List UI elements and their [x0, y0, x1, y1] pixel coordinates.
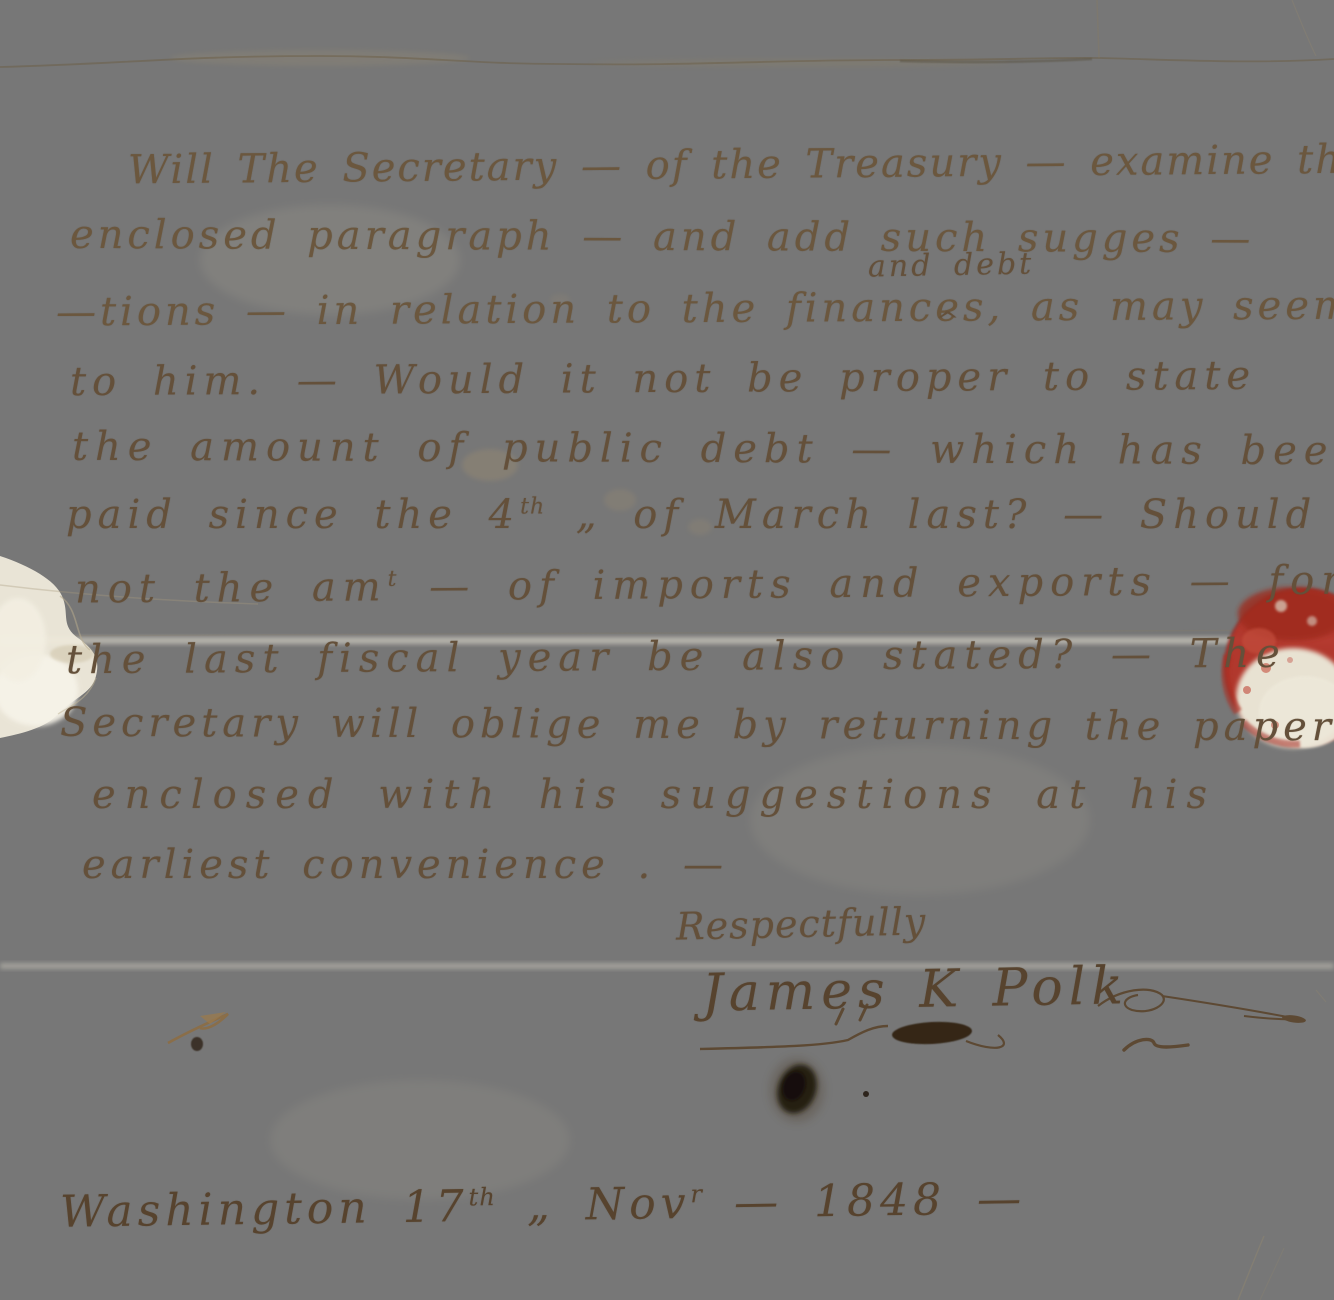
insertion-caret-mark: ^ [936, 307, 959, 333]
letter-line: —tions — in relation to the finances, as… [56, 283, 1334, 336]
letter-line: the amount of public debt — which has be… [72, 424, 1334, 475]
line-segment: — of imports and exports — for [397, 558, 1334, 611]
stray-pen-mark [168, 1012, 228, 1051]
superscript-segment: r [690, 1180, 703, 1208]
line-segment: „ of March last? — Should [545, 492, 1317, 538]
dateline-segment: Washington 17 [60, 1181, 469, 1238]
line-segment: paid since the 4 [66, 492, 520, 538]
dateline: Washington 17th „ Novr — 1848 — [60, 1173, 1027, 1237]
dateline-segment: „ Nov [496, 1178, 691, 1232]
letter-line: not the amt — of imports and exports — f… [75, 558, 1334, 613]
letter-page: Will The Secretary — of the Treasury — e… [0, 0, 1334, 1300]
letter-line: the last fiscal year be also stated? — T… [66, 631, 1287, 683]
superscript-segment: th [520, 495, 545, 520]
fold-crease-top [0, 0, 1334, 67]
letter-line: enclosed with his suggestions at his [92, 772, 1216, 818]
letter-line: paid since the 4th „ of March last? — Sh… [66, 492, 1317, 538]
superscript-segment: th [468, 1183, 496, 1211]
edge-creases [1238, 990, 1326, 1300]
signature-james-k-polk: James K Polk [702, 956, 1130, 1023]
letter-line: Secretary will oblige me by returning th… [60, 700, 1334, 750]
ink-blot [770, 1058, 869, 1122]
dateline-segment: — 1848 — [703, 1173, 1027, 1229]
letter-line: earliest convenience . — [82, 842, 728, 888]
letter-line: enclosed paragraph — and add such sugges… [70, 212, 1254, 262]
fold-crease-lower [0, 963, 1334, 969]
letter-line: Will The Secretary — of the Treasury — e… [128, 137, 1334, 194]
letter-line: to him. — Would it not be proper to stat… [70, 353, 1256, 405]
interline-insertion: and debt [868, 247, 1035, 285]
line-segment: not the am [75, 564, 388, 612]
closing-respectfully: Respectfully [676, 899, 927, 948]
